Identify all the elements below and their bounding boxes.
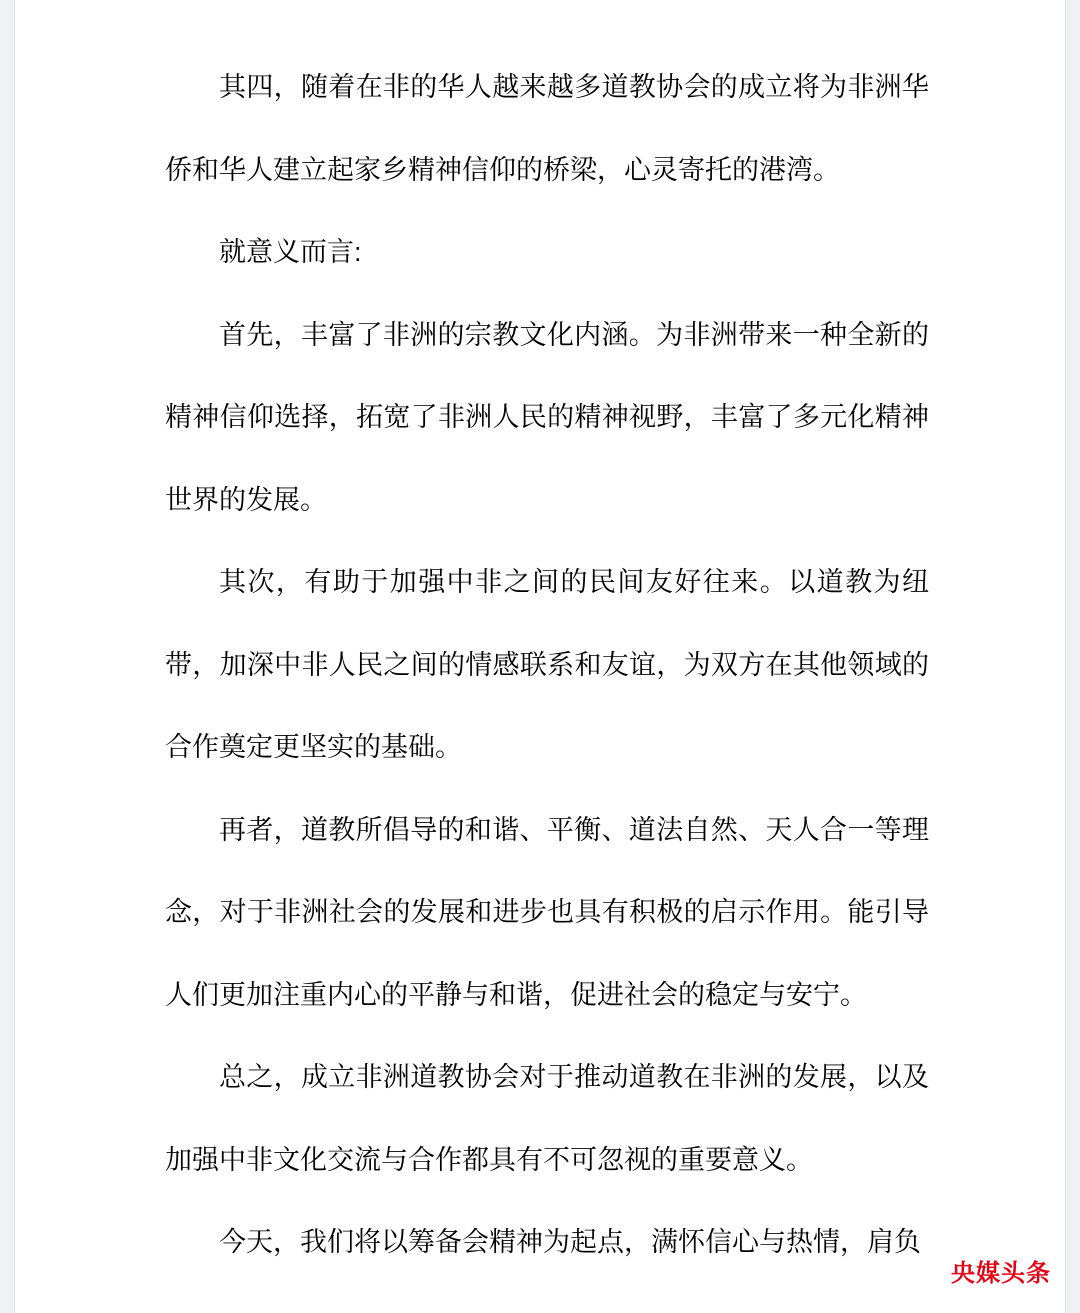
- article-card: 其四，随着在非的华人越来越多道教协会的成立将为非洲华侨和华人建立起家乡精神信仰的…: [14, 0, 1066, 1313]
- article-paragraph: 总之，成立非洲道教协会对于推动道教在非洲的发展，以及加强中非文化交流与合作都具有…: [165, 1036, 929, 1201]
- article-paragraph: 再者，道教所倡导的和谐、平衡、道法自然、天人合一等理念，对于非洲社会的发展和进步…: [165, 789, 929, 1037]
- article-content: 其四，随着在非的华人越来越多道教协会的成立将为非洲华侨和华人建立起家乡精神信仰的…: [15, 0, 1065, 1284]
- article-paragraph: 首先，丰富了非洲的宗教文化内涵。为非洲带来一种全新的精神信仰选择，拓宽了非洲人民…: [165, 294, 929, 542]
- article-paragraph: 今天，我们将以筹备会精神为起点，满怀信心与热情，肩负: [165, 1201, 929, 1284]
- article-page: 其四，随着在非的华人越来越多道教协会的成立将为非洲华侨和华人建立起家乡精神信仰的…: [0, 0, 1080, 1313]
- page-wrap: 其四，随着在非的华人越来越多道教协会的成立将为非洲华侨和华人建立起家乡精神信仰的…: [0, 0, 1080, 1313]
- article-paragraph: 其次，有助于加强中非之间的民间友好往来。以道教为纽带，加深中非人民之间的情感联系…: [165, 541, 929, 789]
- page-gutter-left: [0, 0, 14, 1313]
- page-gutter-right: [1066, 0, 1080, 1313]
- article-paragraph: 其四，随着在非的华人越来越多道教协会的成立将为非洲华侨和华人建立起家乡精神信仰的…: [165, 46, 929, 211]
- watermark-logo: 央媒头条: [951, 1262, 1051, 1286]
- article-paragraph: 就意义而言:: [165, 211, 929, 294]
